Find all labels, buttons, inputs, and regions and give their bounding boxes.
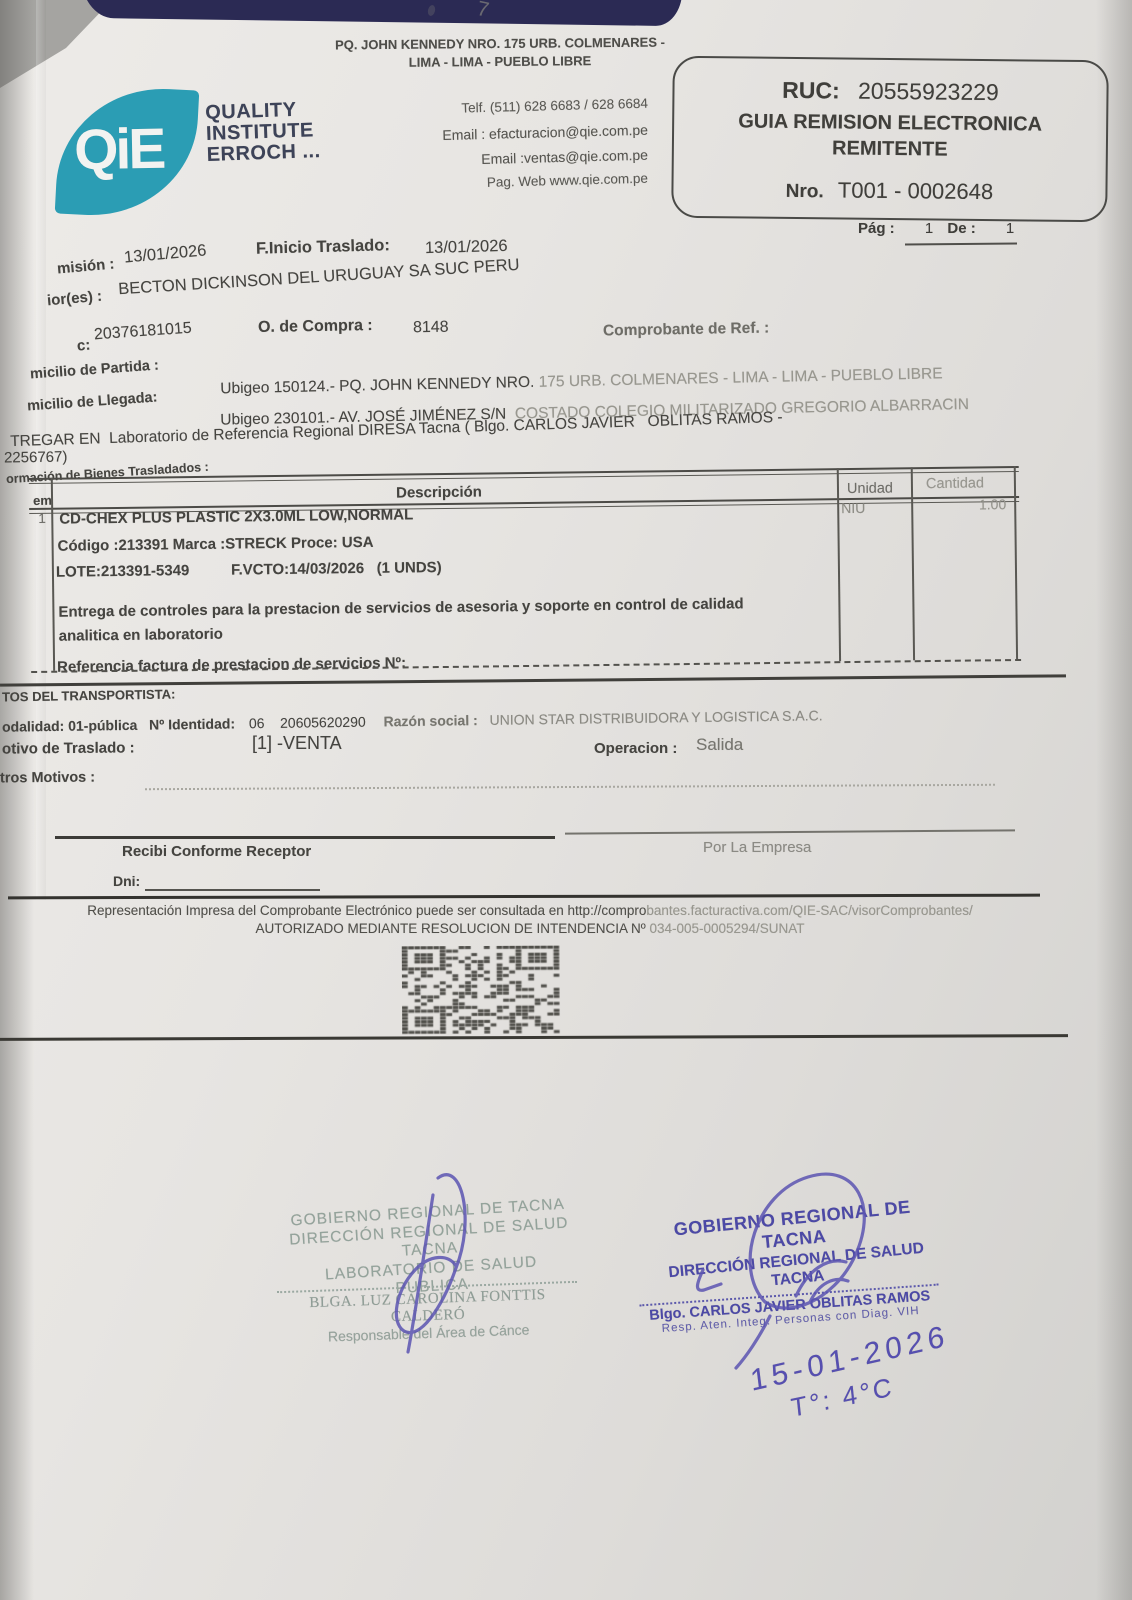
emision-value: 13/01/2026	[123, 241, 207, 267]
left-edge-shadow	[0, 0, 34, 1600]
pen-signatures	[250, 1150, 1000, 1450]
operacion-value: Salida	[696, 735, 743, 755]
qie-logo-acronym: QiE	[74, 116, 164, 184]
otros-motivos-dotted-line	[145, 784, 995, 790]
de-total: 1	[1006, 220, 1014, 237]
logo-word-3: ERROCH ...	[206, 141, 321, 166]
doc-number-label: Nro.	[786, 181, 824, 202]
transportista-title: TOS DEL TRANSPORTISTA:	[2, 686, 176, 704]
ruc-box: RUC: 20555923229 GUIA REMISION ELECTRONI…	[671, 56, 1109, 223]
empresa-signature-line	[565, 829, 1015, 834]
emision-label: misión :	[56, 256, 115, 278]
right-edge-shadow	[1096, 0, 1132, 1600]
row-note-line1: Entrega de controles para la prestacion …	[58, 595, 743, 620]
signature-right-oval	[750, 1174, 864, 1308]
table-vline-unidad	[837, 468, 841, 661]
row-desc-line3: LOTE:213391-5349 F.VCTO:14/03/2026 (1 UN…	[56, 559, 442, 581]
company-address-line1: PQ. JOHN KENNEDY NRO. 175 URB. COLMENARE…	[300, 34, 700, 52]
footer-line1: Representación Impresa del Comprobante E…	[30, 903, 1030, 918]
inicio-traslado-value: 13/01/2026	[425, 237, 508, 258]
qie-logo-wordmark: QUALITY INSTITUTE ERROCH ...	[205, 99, 321, 166]
footer-line1-dark: Representación Impresa del Comprobante E…	[87, 903, 646, 918]
table-vline-cantidad	[911, 467, 915, 660]
doc-title-line2: REMITENTE	[674, 136, 1106, 164]
razon-social-value: UNION STAR DISTRIBUIDORA Y LOGISTICA S.A…	[490, 707, 823, 728]
ruc-value: 20555923229	[858, 78, 999, 105]
col-header-unidad: Unidad	[847, 480, 893, 497]
transportista-line: odalidad: 01-pública Nº Identidad: 06 20…	[2, 707, 823, 734]
inicio-traslado-label: F.Inicio Traslado:	[256, 236, 390, 258]
table-vline-right	[1014, 466, 1018, 659]
motivo-traslado-value: [1] -VENTA	[252, 733, 342, 754]
page-indicator: Pág : 1 De : 1	[858, 220, 1014, 237]
doc-number-value: T001 - 0002648	[838, 177, 994, 204]
signature-left-loop	[396, 1175, 465, 1333]
comprobante-ref-label: Comprobante de Ref. :	[603, 320, 769, 341]
footer-line2-light: 034-005-0005294/SUNAT	[649, 921, 804, 936]
col-header-cantidad: Cantidad	[926, 475, 984, 492]
footer-line1-light: bantes.facturactiva.com/QIE-SAC/visorCom…	[646, 903, 972, 918]
otros-motivos-label: tros Motivos :	[0, 770, 95, 787]
company-email-2: Email :ventas@qie.com.pe	[318, 147, 648, 172]
modalidad-label: odalidad: 01-pública Nº Identidad:	[2, 715, 235, 734]
razon-social-label: Razón social :	[383, 712, 477, 729]
footer-divider	[8, 894, 1040, 900]
items-table: em Descripción Unidad Cantidad 1 CD-CHEX…	[29, 466, 1021, 683]
dni-label: Dni:	[113, 873, 140, 889]
row-desc-line1: CD-CHEX PLUS PLASTIC 2X3.0ML LOW,NORMAL	[59, 506, 413, 527]
de-label: De :	[947, 220, 975, 237]
ruc-label: RUC:	[782, 77, 840, 104]
dni-line	[145, 889, 320, 891]
orden-compra-value: 8148	[413, 319, 449, 338]
destinatario-label: ior(es) :	[46, 288, 102, 310]
company-web: Pag. Web www.qie.com.pe	[318, 171, 648, 195]
receptor-label: Recibi Conforme Receptor	[122, 843, 311, 860]
domicilio-llegada-label: micilio de Llegada:	[27, 389, 158, 414]
qr-bottom-divider	[0, 1034, 1068, 1041]
qr-code	[402, 946, 560, 1035]
row-unidad: NIU	[841, 500, 865, 516]
receptor-signature-line	[55, 836, 555, 839]
ruc-line: RUC: 20555923229	[674, 76, 1106, 108]
row-cantidad: 1.00	[934, 496, 1006, 513]
pag-label: Pág :	[858, 220, 895, 237]
row-ref-line: Referencia factura de prestacion de serv…	[57, 654, 406, 675]
footer-line2-dark: AUTORIZADO MEDIANTE RESOLUCION DE INTEND…	[255, 921, 649, 936]
top-navy-band	[80, 0, 683, 26]
modalidad-value: 06 20605620290	[249, 714, 366, 732]
ruc-cliente-value: 20376181015	[93, 320, 192, 345]
col-header-descripcion: Descripción	[359, 483, 519, 502]
pag-value: 1	[925, 220, 933, 237]
qie-logo-leaf-icon: QiE	[55, 83, 200, 220]
entregar-en-line2: 2256767)	[4, 448, 68, 466]
signature-right-descender	[736, 1316, 770, 1368]
empresa-label: Por La Empresa	[703, 839, 811, 856]
row-note-line2: analitica en laboratorio	[59, 626, 223, 645]
motivo-traslado-label: otivo de Traslado :	[2, 739, 135, 757]
doc-title-line1: GUIA REMISION ELECTRONICA	[674, 110, 1106, 138]
doc-number-line: Nro. T001 - 0002648	[673, 176, 1105, 207]
page-indicator-underline	[905, 243, 1017, 246]
company-phone: Telf. (511) 628 6683 / 628 6684	[318, 96, 648, 120]
col-header-item: em	[33, 493, 52, 508]
orden-compra-label: O. de Compra :	[258, 317, 373, 337]
domicilio-partida-label: micilio de Partida :	[30, 358, 160, 383]
scanned-document: 7 QiE QUALITY INSTITUTE ERROCH ... PQ. J…	[0, 0, 1132, 1600]
company-email-1: Email : efacturacion@qie.com.pe	[318, 122, 648, 147]
footer-line2: AUTORIZADO MEDIANTE RESOLUCION DE INTEND…	[30, 921, 1030, 936]
ruc-cliente-label: c:	[76, 336, 91, 354]
table-vline-item	[51, 478, 55, 671]
row-desc-line2: Código :213391 Marca :STRECK Proce: USA	[58, 534, 374, 555]
row-item-no: 1	[38, 511, 46, 526]
company-address-line2: LIMA - LIMA - PUEBLO LIBRE	[300, 52, 700, 70]
operacion-label: Operacion :	[594, 740, 677, 757]
signature-right-l-mark	[697, 1270, 721, 1290]
